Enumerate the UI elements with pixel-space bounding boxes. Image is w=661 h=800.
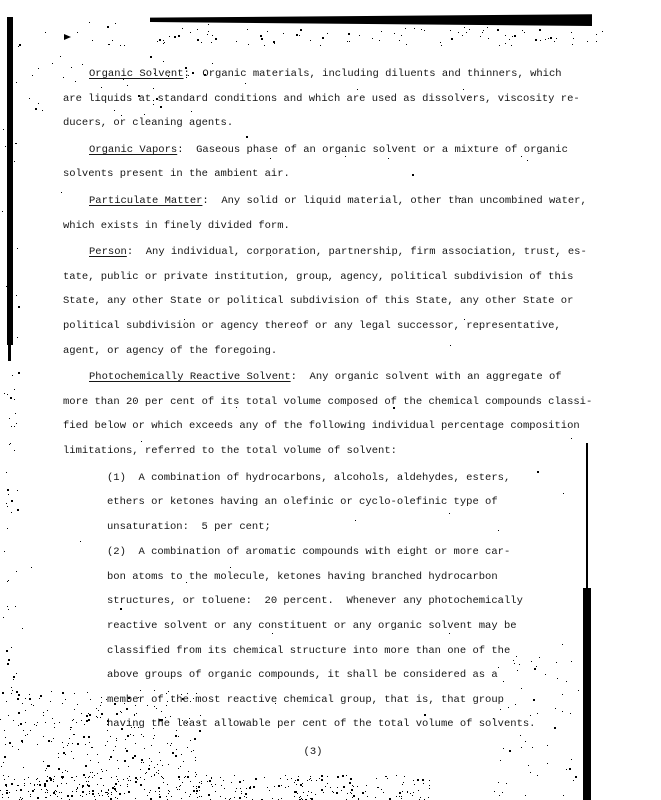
speck-dot <box>480 36 481 37</box>
speck-dot <box>573 780 574 781</box>
speck-dot <box>90 772 91 773</box>
speck-dot <box>109 44 110 45</box>
speck-dot <box>5 784 7 786</box>
speck-dot <box>403 782 404 783</box>
speck-dot <box>20 797 21 798</box>
speck-dot <box>511 45 512 46</box>
speck-dot <box>351 789 353 791</box>
speck-dot <box>206 775 207 776</box>
speck-dot <box>14 779 15 780</box>
speck-dot <box>102 795 103 796</box>
text-line: having the least allowable per cent of t… <box>107 712 603 737</box>
speck-dot <box>376 778 377 779</box>
scanned-document-page: Organic Solvent: Organic materials, incl… <box>0 0 661 800</box>
speck-dot <box>299 35 300 36</box>
speck-dot <box>196 774 197 775</box>
speck-dot <box>29 98 30 99</box>
speck-dot <box>302 783 303 784</box>
speck-dot <box>196 793 197 794</box>
speck-dot <box>57 786 58 787</box>
speck-dot <box>381 789 382 790</box>
speck-dot <box>118 768 119 769</box>
speck-dot <box>127 778 128 779</box>
speck-dot <box>207 34 208 35</box>
speck-dot <box>76 791 77 792</box>
definition-first-line: Photochemically Reactive Solvent: Any or… <box>63 365 603 390</box>
speck-dot <box>25 710 26 711</box>
speck-dot <box>58 753 59 754</box>
speck-dot <box>90 760 91 761</box>
speck-dot <box>87 785 88 786</box>
speck-dot <box>297 793 298 794</box>
speck-dot <box>199 790 200 791</box>
speck-dot <box>330 787 331 788</box>
speck-dot <box>236 41 237 42</box>
speck-dot <box>246 788 247 789</box>
speck-dot <box>342 775 344 777</box>
speck-dot <box>103 785 104 786</box>
speck-dot <box>291 778 292 779</box>
speck-dot <box>163 782 164 783</box>
speck-dot <box>3 617 4 618</box>
speck-dot <box>6 503 7 504</box>
speck-dot <box>193 790 195 792</box>
document-body: Organic Solvent: Organic materials, incl… <box>63 62 603 738</box>
speck-dot <box>17 698 19 700</box>
speck-dot <box>596 41 597 42</box>
speck-dot <box>109 759 110 760</box>
speck-dot <box>307 795 308 796</box>
speck-dot <box>143 762 144 763</box>
speck-dot <box>6 792 8 794</box>
speck-dot <box>401 796 402 797</box>
speck-dot <box>135 781 137 783</box>
speck-dot <box>264 777 265 778</box>
speck-dot <box>16 82 17 83</box>
speck-dot <box>99 795 100 796</box>
speck-dot <box>239 781 241 783</box>
speck-dot <box>195 776 196 777</box>
speck-dot <box>12 173 13 174</box>
speck-dot <box>596 34 597 35</box>
speck-dot <box>311 792 312 793</box>
speck-dot <box>11 512 12 513</box>
speck-dot <box>512 36 513 37</box>
text-line: bon atoms to the molecule, ketones havin… <box>107 565 603 590</box>
speck-dot <box>48 740 50 742</box>
speck-dot <box>158 770 159 771</box>
speck-dot <box>247 29 248 30</box>
text-line: political subdivision or agency thereof … <box>63 314 603 339</box>
speck-dot <box>351 793 352 794</box>
speck-dot <box>11 647 12 648</box>
speck-dot <box>120 45 121 46</box>
speck-dot <box>183 761 184 762</box>
speck-dot <box>168 793 169 794</box>
speck-dot <box>28 777 29 778</box>
speck-dot <box>72 743 73 744</box>
speck-dot <box>399 796 400 797</box>
page-number: (3) <box>63 746 563 758</box>
speck-dot <box>4 393 5 394</box>
speck-dot <box>38 68 39 69</box>
speck-dot <box>163 40 164 41</box>
definition-photochemically-reactive-solvent: Photochemically Reactive Solvent: Any or… <box>63 365 603 463</box>
speck-dot <box>182 782 183 783</box>
speck-dot <box>116 784 117 785</box>
speck-dot <box>399 40 400 41</box>
speck-dot <box>321 775 323 777</box>
speck-dot <box>366 785 367 786</box>
speck-dot <box>45 32 46 33</box>
speck-dot <box>300 796 301 797</box>
speck-dot <box>69 738 70 739</box>
speck-dot <box>7 394 8 395</box>
speck-dot <box>47 790 48 791</box>
speck-dot <box>197 39 199 41</box>
speck-dot <box>107 26 109 28</box>
speck-dot <box>236 788 237 789</box>
speck-dot <box>201 781 202 782</box>
speck-dot <box>38 103 39 104</box>
speck-dot <box>404 776 405 777</box>
speck-dot <box>88 781 89 782</box>
speck-dot <box>407 791 408 792</box>
speck-dot <box>497 29 499 31</box>
speck-dot <box>190 781 191 782</box>
speck-dot <box>135 743 136 744</box>
speck-dot <box>82 791 84 793</box>
speck-dot <box>29 694 30 695</box>
speck-dot <box>413 780 414 781</box>
speck-dot <box>163 778 164 779</box>
speck-dot <box>129 776 130 777</box>
speck-dot <box>9 418 10 419</box>
speck-dot <box>115 797 116 798</box>
speck-dot <box>182 28 183 29</box>
speck-dot <box>296 784 297 785</box>
speck-dot <box>311 798 313 800</box>
speck-dot <box>575 776 577 778</box>
speck-dot <box>48 765 50 767</box>
speck-dot <box>6 786 7 787</box>
speck-dot <box>17 490 18 491</box>
speck-dot <box>0 790 1 791</box>
speck-dot <box>179 779 180 780</box>
speck-dot <box>261 38 263 40</box>
speck-dot <box>62 776 64 778</box>
speck-dot <box>115 790 116 791</box>
speck-dot <box>7 528 8 529</box>
speck-dot <box>220 777 221 778</box>
speck-dot <box>147 795 148 796</box>
speck-dot <box>89 791 90 792</box>
speck-dot <box>46 797 47 798</box>
speck-dot <box>101 778 102 779</box>
speck-dot <box>108 796 109 797</box>
speck-dot <box>381 31 382 32</box>
speck-dot <box>156 772 157 773</box>
speck-dot <box>174 36 176 38</box>
speck-dot <box>13 676 15 678</box>
speck-dot <box>53 738 54 739</box>
speck-dot <box>144 779 145 780</box>
speck-dot <box>347 41 348 42</box>
speck-dot <box>11 687 12 688</box>
definition-text: : Gaseous phase of an organic solvent or… <box>177 144 568 156</box>
speck-dot <box>158 787 160 789</box>
speck-dot <box>440 42 441 43</box>
speck-dot <box>215 784 216 785</box>
speck-dot <box>51 778 52 779</box>
speck-dot <box>14 450 15 451</box>
speck-dot <box>401 798 402 799</box>
speck-dot <box>2 692 4 694</box>
speck-dot <box>15 606 16 607</box>
speck-dot <box>58 768 60 770</box>
speck-dot <box>163 43 164 44</box>
speck-dot <box>14 426 15 427</box>
speck-dot <box>349 41 350 42</box>
speck-dot <box>107 794 108 795</box>
speck-dot <box>1 766 2 767</box>
speck-dot <box>8 776 9 777</box>
speck-dot <box>215 791 216 792</box>
speck-dot <box>108 44 109 45</box>
speck-dot <box>311 780 312 781</box>
text-line: ethers or ketones having an olefinic or … <box>107 490 603 515</box>
speck-dot <box>45 792 46 793</box>
speck-dot <box>18 785 19 786</box>
speck-dot <box>333 792 334 793</box>
speck-dot <box>111 794 112 795</box>
speck-dot <box>85 744 86 745</box>
speck-dot <box>528 765 529 766</box>
speck-dot <box>414 784 415 785</box>
definition-term: Particulate Matter <box>89 195 202 207</box>
speck-dot <box>428 797 429 798</box>
speck-dot <box>300 784 302 786</box>
speck-dot <box>148 768 150 770</box>
speck-dot <box>413 792 414 793</box>
speck-dot <box>18 725 19 726</box>
speck-dot <box>288 786 289 787</box>
speck-dot <box>89 793 90 794</box>
speck-dot <box>114 786 115 787</box>
speck-dot <box>346 775 347 776</box>
speck-dot <box>15 143 16 144</box>
speck-dot <box>12 318 13 319</box>
speck-dot <box>540 40 541 41</box>
speck-dot <box>157 41 158 42</box>
speck-dot <box>3 129 4 130</box>
speck-dot <box>85 777 86 778</box>
speck-dot <box>450 30 451 31</box>
speck-dot <box>150 790 151 791</box>
speck-dot <box>429 780 430 781</box>
text-line: reactive solvent or any constituent or a… <box>107 614 603 639</box>
speck-dot <box>47 776 48 777</box>
speck-dot <box>124 793 125 794</box>
list-item-1: (1) A combination of hydrocarbons, alcoh… <box>107 466 603 540</box>
speck-dot <box>8 715 9 716</box>
speck-dot <box>253 786 255 788</box>
speck-dot <box>315 794 316 795</box>
speck-dot <box>209 780 211 782</box>
speck-dot <box>135 798 136 799</box>
speck-dot <box>569 768 571 770</box>
speck-dot <box>362 792 364 794</box>
speck-dot <box>525 741 526 742</box>
speck-dot <box>34 785 35 786</box>
speck-dot <box>37 722 38 723</box>
speck-dot <box>29 698 31 700</box>
speck-dot <box>407 792 408 793</box>
speck-dot <box>37 784 38 785</box>
speck-dot <box>117 760 118 761</box>
speck-dot <box>269 790 270 791</box>
speck-dot <box>352 785 353 786</box>
speck-dot <box>58 757 59 758</box>
speck-dot <box>188 771 189 772</box>
text-line: above groups of organic compounds, it sh… <box>107 663 603 688</box>
speck-dot <box>159 39 161 41</box>
speck-dot <box>349 782 351 784</box>
speck-dot <box>160 760 161 761</box>
speck-dot <box>97 784 98 785</box>
speck-dot <box>283 33 284 34</box>
speck-dot <box>294 796 295 797</box>
speck-dot <box>24 779 25 780</box>
speck-dot <box>190 794 191 795</box>
list-item-2: (2) A combination of aromatic compounds … <box>107 540 603 737</box>
speck-dot <box>9 742 11 744</box>
speck-dot <box>77 32 78 33</box>
speck-dot <box>72 777 73 778</box>
speck-dot <box>79 784 80 785</box>
scan-bar-left-tail <box>8 345 11 361</box>
speck-dot <box>7 506 8 507</box>
speck-dot <box>235 791 236 792</box>
speck-dot <box>98 762 99 763</box>
speck-dot <box>11 322 12 323</box>
speck-dot <box>124 760 126 762</box>
speck-dot <box>162 765 163 766</box>
speck-dot <box>82 796 83 797</box>
speck-dot <box>149 792 150 793</box>
speck-dot <box>243 780 244 781</box>
speck-dot <box>249 787 251 789</box>
speck-dot <box>573 38 574 39</box>
speck-dot <box>337 787 338 788</box>
speck-dot <box>350 792 351 793</box>
speck-dot <box>296 34 298 36</box>
speck-dot <box>18 694 20 696</box>
speck-dot <box>44 785 46 787</box>
speck-dot <box>5 737 6 738</box>
speck-dot <box>554 41 555 42</box>
speck-dot <box>524 32 525 33</box>
speck-dot <box>190 740 191 741</box>
speck-dot <box>246 797 247 798</box>
speck-dot <box>327 33 328 34</box>
speck-dot <box>35 108 37 110</box>
speck-dot <box>119 793 121 795</box>
speck-dot <box>176 787 177 788</box>
speck-dot <box>171 796 172 797</box>
speck-dot <box>372 38 373 39</box>
speck-dot <box>54 727 55 728</box>
speck-dot <box>168 790 169 791</box>
speck-dot <box>24 785 25 786</box>
speck-dot <box>197 790 198 791</box>
speck-dot <box>140 784 142 786</box>
speck-dot <box>357 786 358 787</box>
definition-text: : Any individual, corporation, partnersh… <box>127 246 587 258</box>
speck-dot <box>68 743 69 744</box>
speck-dot <box>59 792 60 793</box>
speck-dot <box>47 710 48 711</box>
speck-dot <box>7 156 9 158</box>
speck-dot <box>8 609 9 610</box>
speck-dot <box>15 413 16 414</box>
speck-dot <box>66 783 67 784</box>
speck-dot <box>509 39 510 40</box>
speck-dot <box>5 146 6 147</box>
speck-dot <box>208 31 209 32</box>
speck-dot <box>41 789 42 790</box>
definition-text: : Any organic solvent with an aggregate … <box>291 371 562 383</box>
speck-dot <box>120 785 121 786</box>
speck-dot <box>106 770 107 771</box>
speck-dot <box>2 797 3 798</box>
definition-term: Person <box>89 246 127 258</box>
speck-dot <box>244 796 245 797</box>
speck-dot <box>34 789 35 790</box>
speck-dot <box>59 722 60 723</box>
speck-dot <box>25 722 26 723</box>
speck-dot <box>159 791 160 792</box>
speck-dot <box>294 782 295 783</box>
speck-dot <box>287 779 288 780</box>
speck-dot <box>97 773 98 774</box>
speck-dot <box>332 791 333 792</box>
speck-dot <box>8 494 9 495</box>
text-line: which exists in finely divided form. <box>63 214 603 239</box>
speck-dot <box>25 735 26 736</box>
speck-dot <box>12 746 13 747</box>
speck-dot <box>420 797 421 798</box>
speck-dot <box>215 38 217 40</box>
speck-dot <box>177 789 178 790</box>
speck-dot <box>61 192 62 193</box>
speck-dot <box>92 790 94 792</box>
definition-text: : Any solid or liquid material, other th… <box>202 195 586 207</box>
definition-person: Person: Any individual, corporation, par… <box>63 240 603 363</box>
speck-dot <box>285 775 286 776</box>
speck-dot <box>295 780 296 781</box>
speck-dot <box>92 777 93 778</box>
speck-dot <box>14 161 15 162</box>
speck-dot <box>548 38 549 39</box>
speck-dot <box>53 781 54 782</box>
speck-dot <box>211 42 212 43</box>
speck-dot <box>8 797 9 798</box>
speck-dot <box>105 792 106 793</box>
speck-dot <box>321 779 323 781</box>
speck-dot <box>310 798 311 799</box>
speck-dot <box>4 551 5 552</box>
